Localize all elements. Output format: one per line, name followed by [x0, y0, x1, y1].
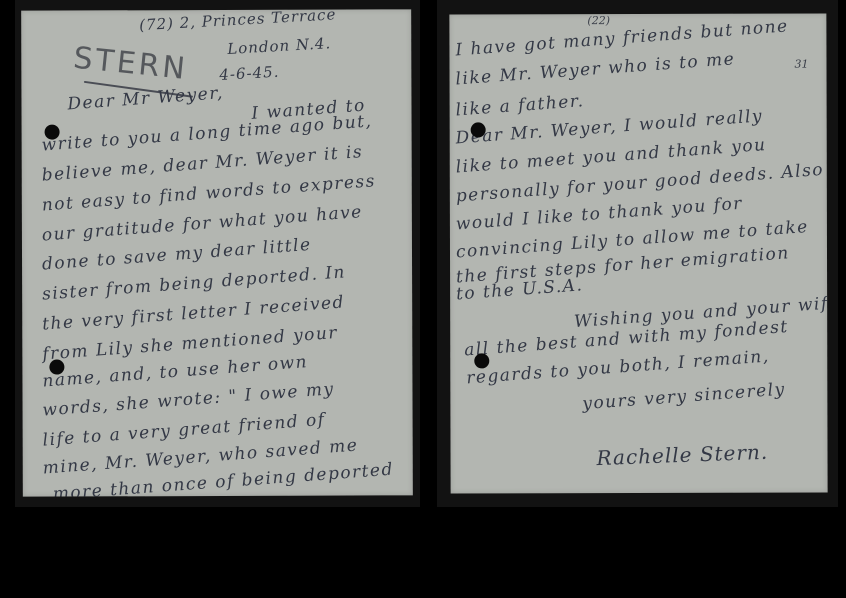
letter-page-2: (22) 31 I have got many friends but none… — [449, 14, 827, 494]
salutation: Dear Mr Weyer, — [67, 83, 225, 114]
letter-date: 4-6-45. — [219, 63, 280, 84]
punch-hole — [474, 353, 489, 368]
address-line-2: London N.4. — [227, 34, 332, 58]
letter-page-1: STERN (72) 2, Princes Terrace London N.4… — [21, 9, 413, 496]
punch-hole — [471, 122, 486, 137]
signature: Rachelle Stern. — [596, 440, 768, 470]
punch-hole — [45, 125, 60, 140]
address-line-1: (72) 2, Princes Terrace — [139, 9, 337, 34]
body-line: like a father. — [455, 91, 585, 120]
page-marker-top: (22) — [587, 14, 610, 27]
archive-annotation: STERN — [72, 41, 190, 87]
body-line: I have got many friends but none — [455, 16, 790, 60]
punch-hole — [49, 360, 64, 375]
closing: yours very sincerely — [582, 379, 787, 414]
page-marker-side: 31 — [794, 58, 808, 71]
